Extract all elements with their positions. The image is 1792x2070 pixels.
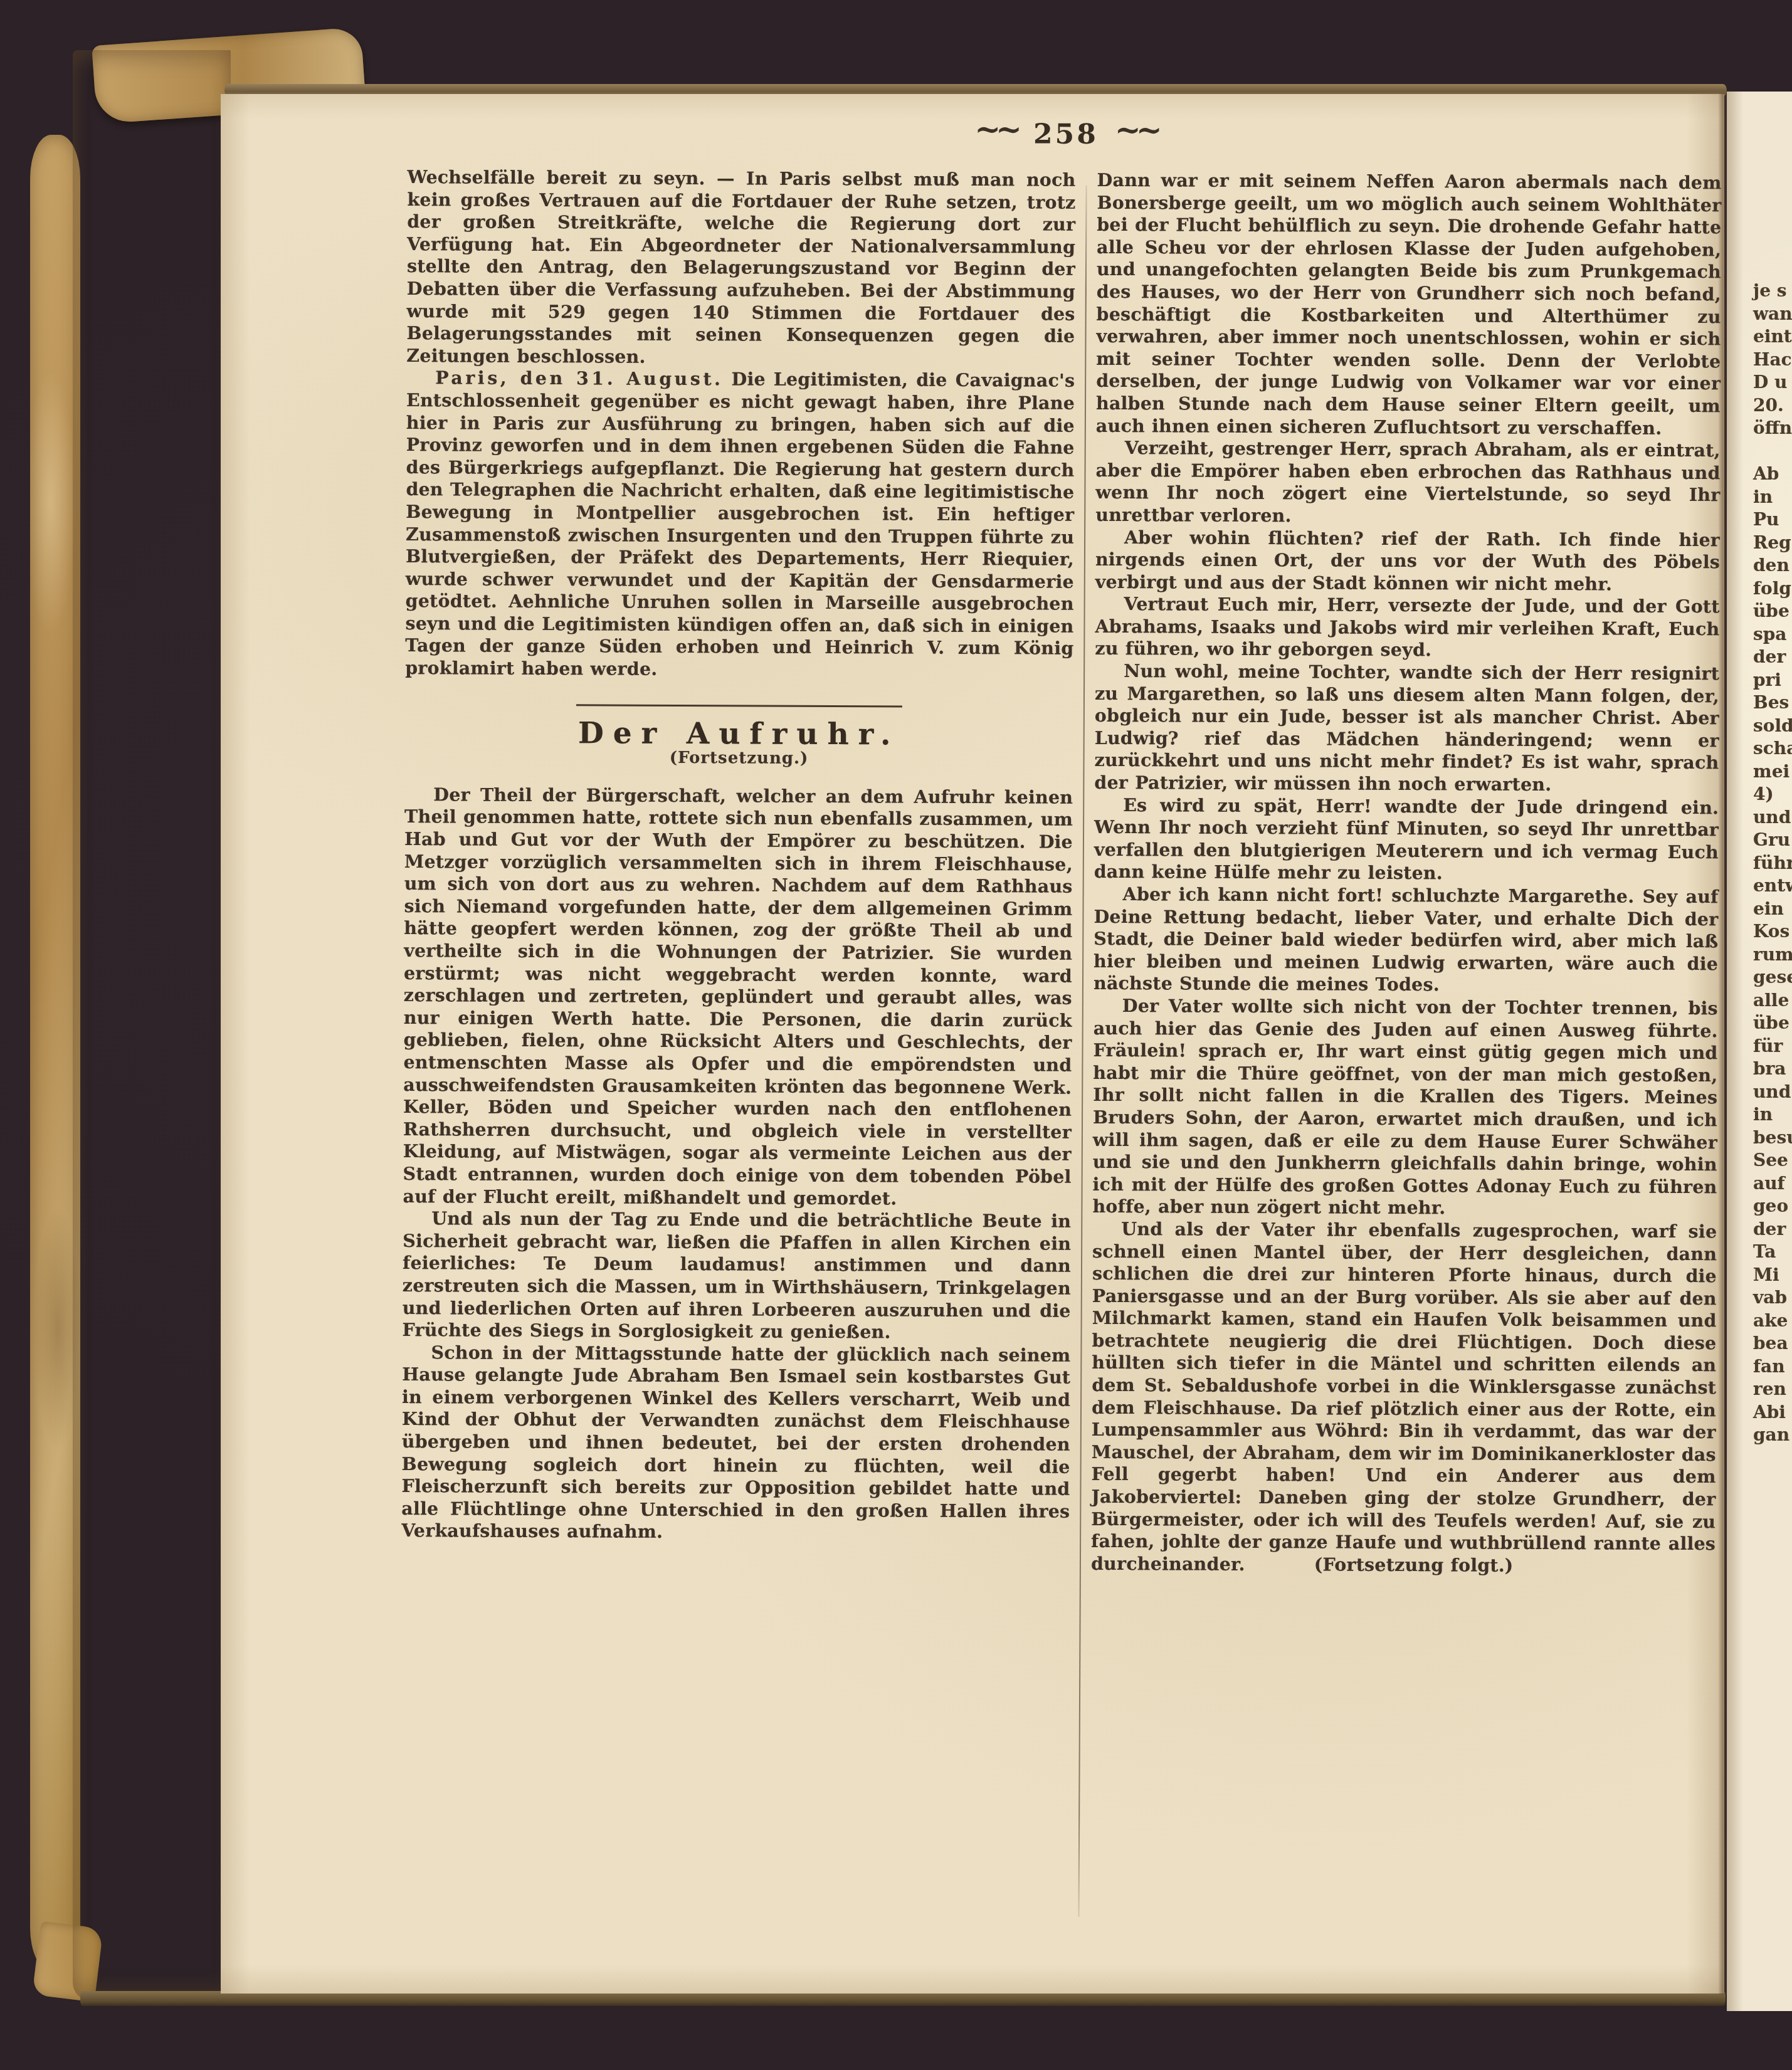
story-paragraph: Dann war er mit seinem Neffen Aaron aber… xyxy=(1096,169,1722,439)
header-ornament-left: ~~ xyxy=(958,110,1033,148)
story-title: Der Aufruhr. xyxy=(405,722,1073,747)
paragraph-text: Dann war er mit seinem Neffen Aaron aber… xyxy=(1096,169,1722,438)
paragraph-text: Der Vater wollte sich nicht von der Toch… xyxy=(1092,995,1718,1219)
page-content: ~~258~~ Wechselfälle bereit zu seyn. — I… xyxy=(221,94,1724,1994)
dialog-paragraph: Es wird zu spät, Herr! wandte der Jude d… xyxy=(1094,794,1719,886)
dialog-paragraph: Vertraut Euch mir, Herr, versezte der Ju… xyxy=(1095,593,1719,663)
paragraph-text: Und als nun der Tag zu Ende und die betr… xyxy=(403,1207,1072,1342)
paragraph-text: Und als der Vater ihr ebenfalls zugespro… xyxy=(1091,1218,1717,1575)
paragraph-text: Es wird zu spät, Herr! wandte der Jude d… xyxy=(1094,794,1719,884)
dialog-paragraph: Aber wohin flüchten? rief der Rath. Ich … xyxy=(1095,526,1720,596)
next-page-sliver: je s wan eint Hac D u 20. öffn Ab in Pu … xyxy=(1727,92,1792,2011)
book-page: ~~258~~ Wechselfälle bereit zu seyn. — I… xyxy=(221,94,1724,1994)
news-paragraph: Paris, den 31. August. Die Legitimisten,… xyxy=(405,367,1075,682)
paragraph-text: Die Legitimisten, die Cavaignac's Entsch… xyxy=(405,369,1075,680)
page-stack-edges xyxy=(73,50,231,2001)
left-column: Wechselfälle bereit zu seyn. — In Paris … xyxy=(401,166,1076,1575)
continuation-note: (Fortsetzung folgt.) xyxy=(1285,1553,1514,1577)
paragraph-text: Nun wohl, meine Tochter, wandte sich der… xyxy=(1094,660,1719,795)
news-paragraph: Wechselfälle bereit zu seyn. — In Paris … xyxy=(406,166,1075,370)
dialog-paragraph: Nun wohl, meine Tochter, wandte sich der… xyxy=(1094,660,1719,797)
page-number: 258 xyxy=(1033,118,1099,150)
paragraph-text: Wechselfälle bereit zu seyn. — In Paris … xyxy=(406,166,1075,367)
paragraph-text: Schon in der Mittagsstunde hatte der glü… xyxy=(401,1342,1070,1542)
story-paragraph: Der Vater wollte sich nicht von der Toch… xyxy=(1092,995,1718,1221)
dialog-paragraph: Aber ich kann nicht fort! schluchzte Mar… xyxy=(1094,883,1719,997)
page-gutter-shadow xyxy=(1718,93,1727,1995)
story-subtitle: (Fortsetzung.) xyxy=(404,746,1073,771)
paragraph-text: Der Theil der Bürgerschaft, welcher an d… xyxy=(403,784,1073,1209)
text-columns: Wechselfälle bereit zu seyn. — In Paris … xyxy=(401,166,1724,1579)
paragraph-lead: Paris, den 31. August. xyxy=(435,367,723,390)
story-paragraph: Und als nun der Tag zu Ende und die betr… xyxy=(402,1207,1071,1344)
story-paragraph: Und als der Vater ihr ebenfalls zugespro… xyxy=(1091,1218,1717,1578)
paragraph-text: Aber ich kann nicht fort! schluchzte Mar… xyxy=(1094,883,1719,996)
paragraph-text: Verzeiht, gestrenger Herr, sprach Abraha… xyxy=(1095,437,1721,526)
paragraph-text: Vertraut Euch mir, Herr, versezte der Ju… xyxy=(1095,593,1719,660)
right-column: Dann war er mit seinem Neffen Aaron aber… xyxy=(1091,169,1722,1578)
story-paragraph: Schon in der Mittagsstunde hatte der glü… xyxy=(401,1342,1070,1545)
dialog-paragraph: Verzeiht, gestrenger Herr, sprach Abraha… xyxy=(1095,437,1721,529)
story-paragraph: Der Theil der Bürgerschaft, welcher an d… xyxy=(403,784,1073,1211)
header-ornament-right: ~~ xyxy=(1099,111,1174,149)
photo-backdrop: ~~258~~ Wechselfälle bereit zu seyn. — I… xyxy=(0,0,1792,2070)
page-header: ~~258~~ xyxy=(408,111,1724,154)
paragraph-text: Aber wohin flüchten? rief der Rath. Ich … xyxy=(1095,527,1720,595)
next-page-text-fragments: je s wan eint Hac D u 20. öffn Ab in Pu … xyxy=(1753,280,1792,1447)
section-divider-rule xyxy=(576,704,902,707)
